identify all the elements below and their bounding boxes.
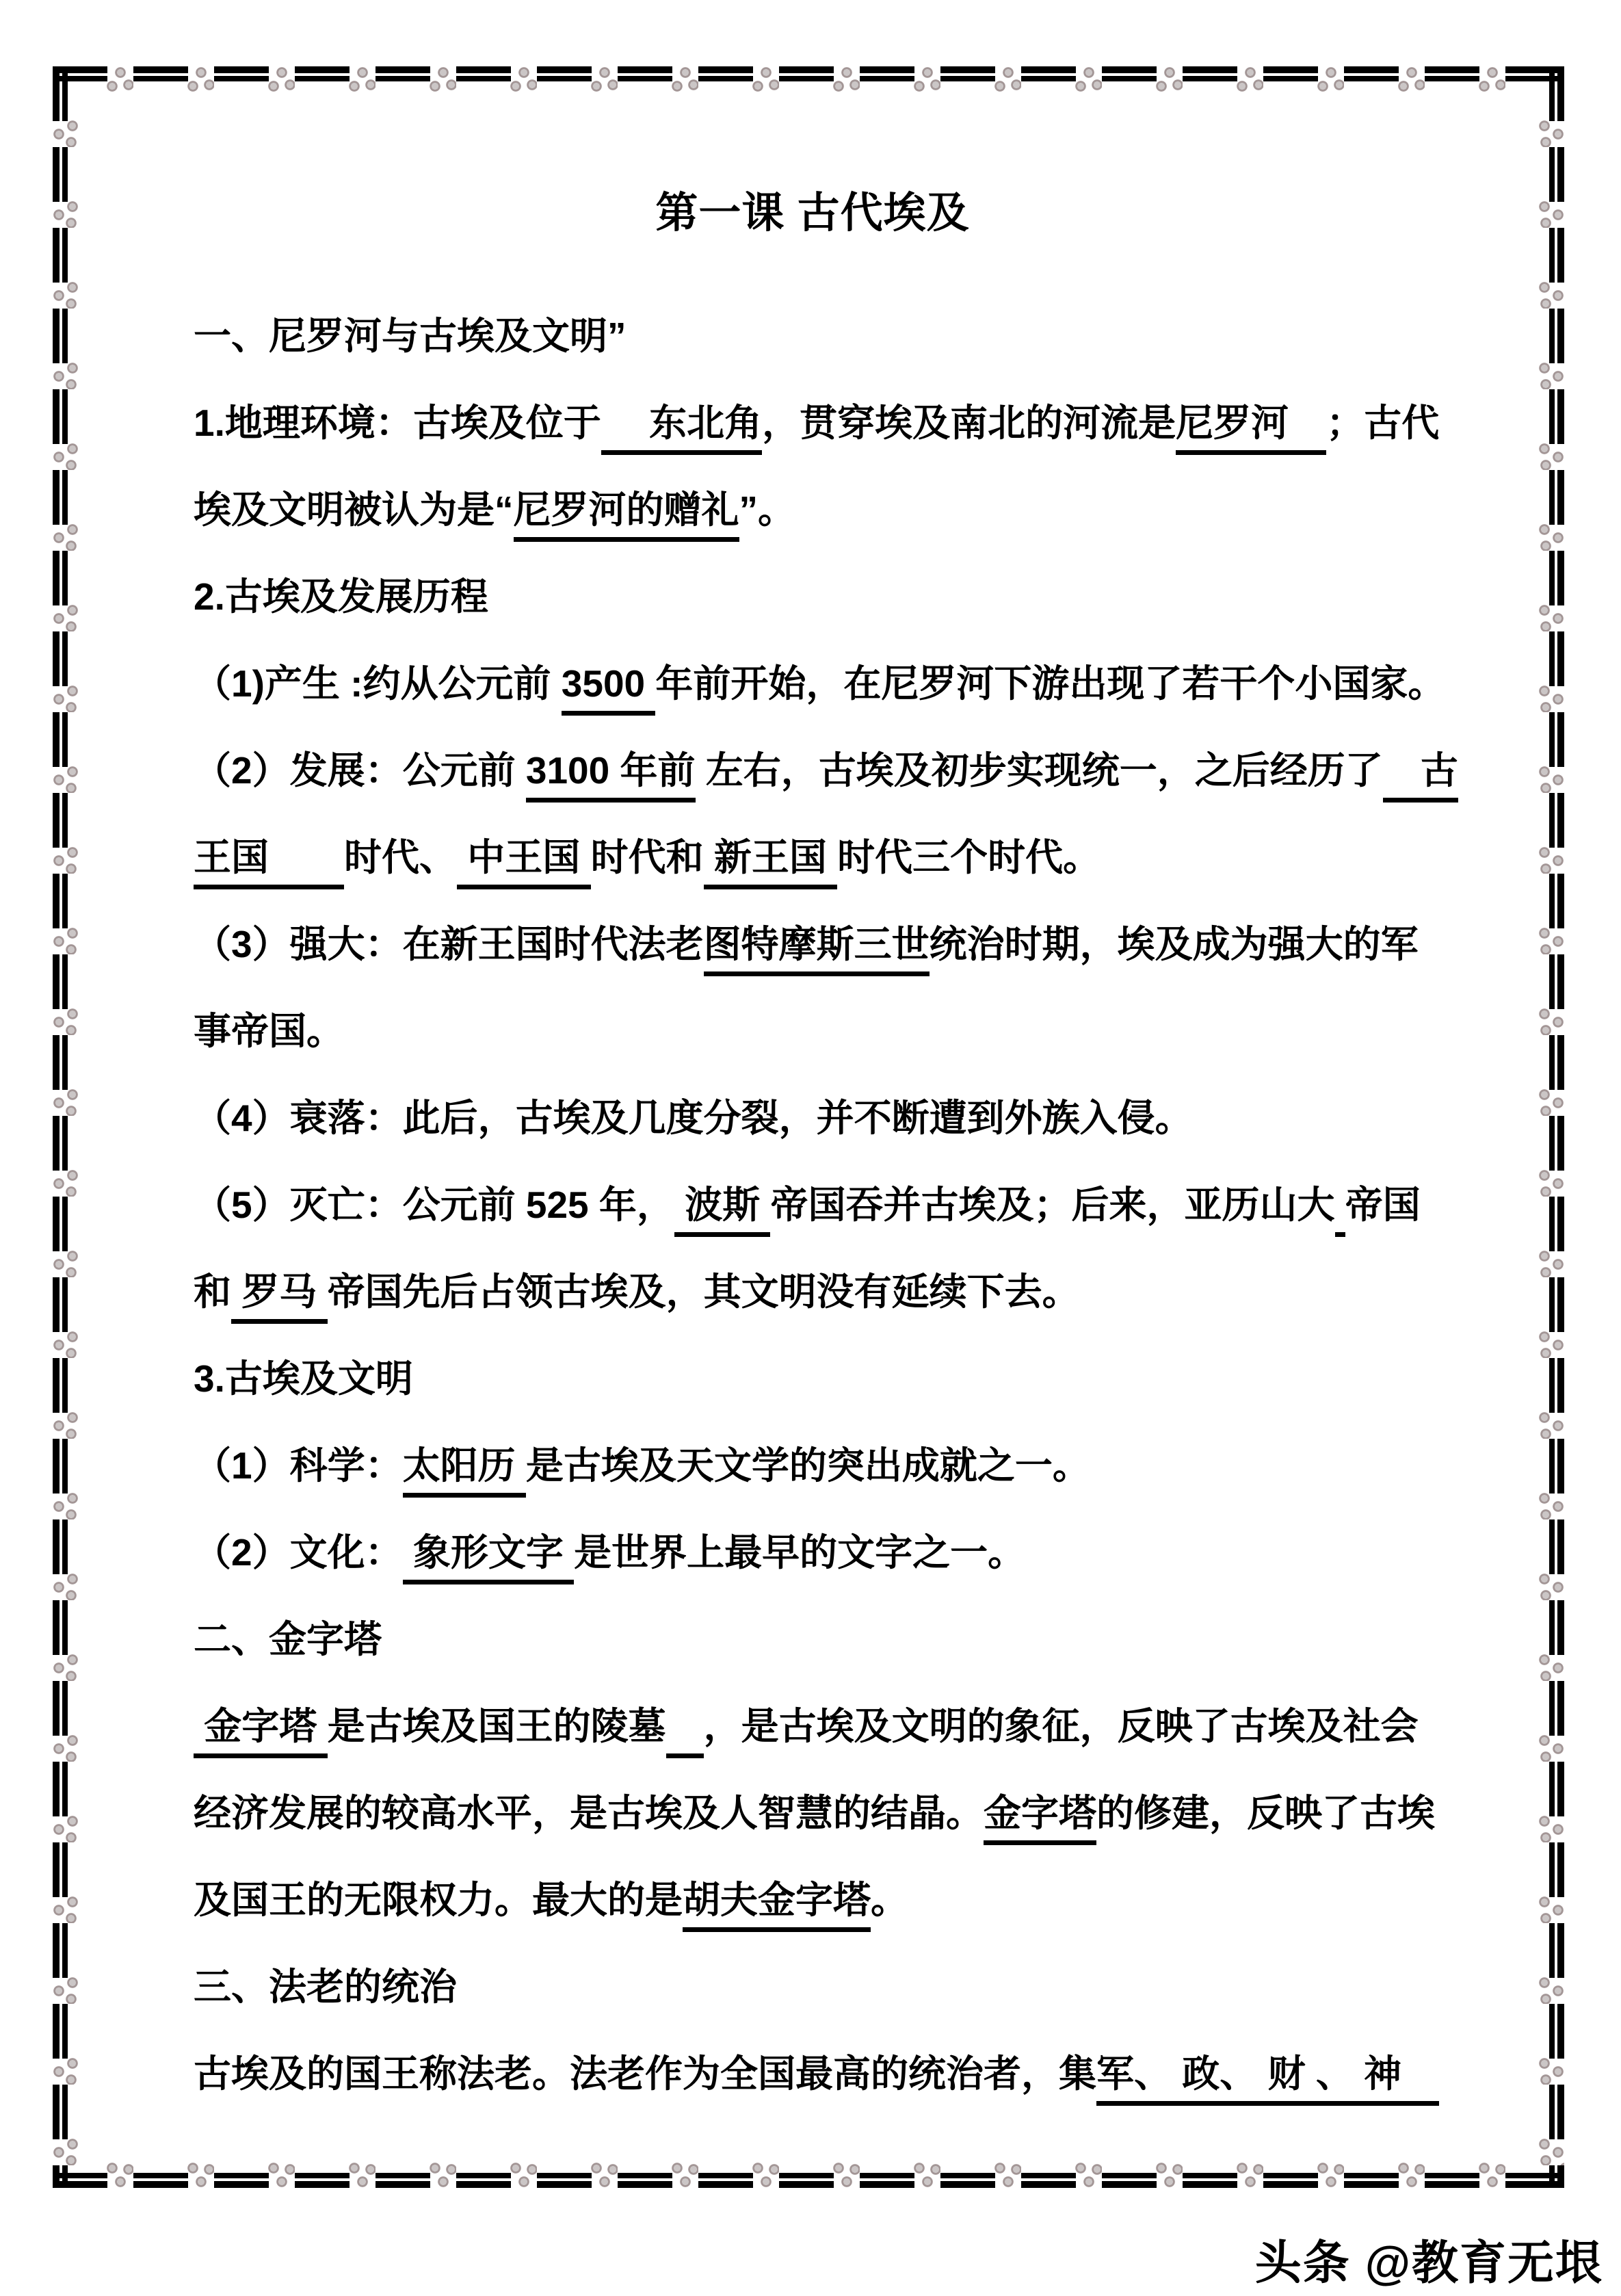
text-segment: （4）衰落：此后，古埃及几度分裂，并不断遭到外族入侵。 — [194, 1097, 1193, 1139]
text-segment: 的修建，反映了古埃 — [1096, 1792, 1435, 1834]
text-segment: 帝国吞并古埃及；后来，亚历山大 — [770, 1184, 1334, 1226]
underlined-answer-segment: 罗马 — [231, 1270, 328, 1324]
text-line: 及国王的无限权力。最大的是胡夫金字塔。 — [194, 1857, 1432, 1944]
text-line: 金字塔 是古埃及国王的陵墓 ，是古埃及文明的象征，反映了古埃及社会 — [194, 1683, 1432, 1770]
underlined-answer-segment: 中王国 — [457, 836, 591, 889]
text-segment: 时代、 — [344, 836, 457, 878]
text-line: 王国 时代、 中王国 时代和 新王国 时代三个时代。 — [194, 814, 1432, 901]
text-segment: 3.古埃及文明 — [194, 1357, 413, 1400]
underlined-answer-segment — [666, 1705, 704, 1758]
underlined-answer-segment: 图特摩斯三世 — [704, 923, 930, 976]
text-segment: 1.地理环境：古埃及位于 — [194, 402, 601, 444]
text-line: 三、法老的统治 — [194, 1944, 1432, 2031]
text-line: （4）衰落：此后，古埃及几度分裂，并不断遭到外族入侵。 — [194, 1075, 1432, 1162]
document-page: 第一课 古代埃及 一、尼罗河与古埃及文明”1.地理环境：古埃及位于 东北角，贯穿… — [0, 0, 1621, 2296]
watermark-text: 头条 @教育无垠 — [1255, 2226, 1603, 2293]
text-line: 一、尼罗河与古埃及文明” — [194, 293, 1432, 380]
text-line: 经济发展的较高水平，是古埃及人智慧的结晶。金字塔的修建，反映了古埃 — [194, 1770, 1432, 1857]
underlined-answer-segment: 胡夫金字塔 — [683, 1879, 871, 1932]
text-segment: ，是古埃及文明的象征，反映了古埃及社会 — [704, 1705, 1419, 1747]
text-segment: （1）科学： — [194, 1444, 403, 1487]
underlined-answer-segment: 金字塔 — [194, 1705, 328, 1758]
underlined-answer-segment: 尼罗河的赠礼 — [514, 488, 739, 542]
text-segment: （3）强大：在新王国时代法老 — [194, 923, 704, 965]
text-segment: 及国王的无限权力。最大的是 — [194, 1879, 683, 1921]
text-segment: ；古代 — [1326, 402, 1439, 444]
underlined-answer-segment: 象形文字 — [403, 1531, 575, 1584]
text-line: 古埃及的国王称法老。法老作为全国最高的统治者，集军、 政、 财 、 神 — [194, 2031, 1432, 2117]
underlined-answer-segment: 金字塔 — [984, 1792, 1096, 1845]
page-title: 第一课 古代埃及 — [194, 172, 1432, 255]
text-line: （1）科学：太阳历 是古埃及天文学的突出成就之一。 — [194, 1422, 1432, 1509]
text-line: 事帝国。 — [194, 988, 1432, 1075]
text-segment: （2）发展：公元前 — [194, 749, 526, 792]
underlined-answer-segment: 尼罗河 — [1176, 402, 1326, 455]
border-bottom-edge — [53, 2159, 1564, 2188]
text-segment: 年前开始，在尼罗河下游出现了若干个小国家。 — [655, 662, 1445, 705]
text-segment: 时代三个时代。 — [837, 836, 1101, 878]
text-segment: 。 — [871, 1879, 908, 1921]
text-segment: （2）文化： — [194, 1531, 403, 1574]
text-segment: 经济发展的较高水平，是古埃及人智慧的结晶。 — [194, 1792, 984, 1834]
document-body: 一、尼罗河与古埃及文明”1.地理环境：古埃及位于 东北角，贯穿埃及南北的河流是尼… — [194, 293, 1432, 2117]
border-right-edge — [1536, 66, 1564, 2188]
text-segment: 是古埃及国王的陵墓 — [328, 1705, 666, 1747]
underlined-answer-segment: 3100 年前 — [526, 749, 696, 803]
text-segment: 是古埃及天文学的突出成就之一。 — [526, 1444, 1090, 1487]
text-line: 2.古埃及发展历程 — [194, 553, 1432, 640]
text-segment: 时代和 — [591, 836, 704, 878]
text-line: 埃及文明被认为是“尼罗河的赠礼”。 — [194, 467, 1432, 553]
text-line: 和 罗马 帝国先后占领古埃及，其文明没有延续下去。 — [194, 1249, 1432, 1335]
text-segment: 三、法老的统治 — [194, 1966, 457, 2008]
border-left-edge — [53, 66, 81, 2188]
text-segment: 和 — [194, 1270, 231, 1313]
text-segment: 一、尼罗河与古埃及文明” — [194, 315, 627, 357]
underlined-answer-segment — [1335, 1184, 1345, 1237]
document-content: 第一课 古代埃及 一、尼罗河与古埃及文明”1.地理环境：古埃及位于 东北角，贯穿… — [194, 172, 1432, 2117]
text-segment: 二、金字塔 — [194, 1618, 382, 1660]
underlined-answer-segment: 古 — [1383, 749, 1458, 803]
text-segment: 统治时期，埃及成为强大的军 — [930, 923, 1419, 965]
text-line: （3）强大：在新王国时代法老图特摩斯三世统治时期，埃及成为强大的军 — [194, 901, 1432, 988]
text-line: 二、金字塔 — [194, 1596, 1432, 1683]
text-segment: 事帝国。 — [194, 1010, 344, 1052]
text-segment: 古埃及的国王称法老。法老作为全国最高的统治者，集 — [194, 2052, 1096, 2095]
text-segment: 是世界上最早的文字之一。 — [574, 1531, 1025, 1574]
underlined-answer-segment: 东北角 — [601, 402, 762, 455]
text-line: 1.地理环境：古埃及位于 东北角，贯穿埃及南北的河流是尼罗河 ；古代 — [194, 380, 1432, 467]
text-segment: ”。 — [739, 488, 796, 531]
underlined-answer-segment: 波斯 — [674, 1184, 771, 1237]
text-segment: 帝国 — [1345, 1184, 1421, 1226]
text-line: （2）发展：公元前 3100 年前 左右，古埃及初步实现统一，之后经历了 古 — [194, 727, 1432, 814]
text-segment: 帝国先后占领古埃及，其文明没有延续下去。 — [328, 1270, 1080, 1313]
underlined-answer-segment: 新王国 — [704, 836, 838, 889]
underlined-answer-segment: 王国 — [194, 836, 344, 889]
text-segment: 左右，古埃及初步实现统一，之后经历了 — [696, 749, 1383, 792]
text-segment: 2.古埃及发展历程 — [194, 575, 488, 618]
text-line: （5）灭亡：公元前 525 年， 波斯 帝国吞并古埃及；后来，亚历山大 帝国 — [194, 1162, 1432, 1249]
underlined-answer-segment: 3500 — [562, 662, 656, 716]
text-line: （1)产生 :约从公元前 3500 年前开始，在尼罗河下游出现了若干个小国家。 — [194, 640, 1432, 727]
text-segment: 埃及文明被认为是“ — [194, 488, 514, 531]
text-line: 3.古埃及文明 — [194, 1335, 1432, 1422]
text-segment: ，贯穿埃及南北的河流是 — [762, 402, 1176, 444]
text-line: （2）文化： 象形文字 是世界上最早的文字之一。 — [194, 1509, 1432, 1596]
text-segment: （5）灭亡：公元前 525 年， — [194, 1184, 674, 1226]
underlined-answer-segment: 太阳历 — [403, 1444, 526, 1498]
text-segment: （1)产生 :约从公元前 — [194, 662, 562, 705]
border-top-edge — [53, 66, 1564, 95]
underlined-answer-segment: 军、 政、 财 、 神 — [1096, 2052, 1439, 2106]
